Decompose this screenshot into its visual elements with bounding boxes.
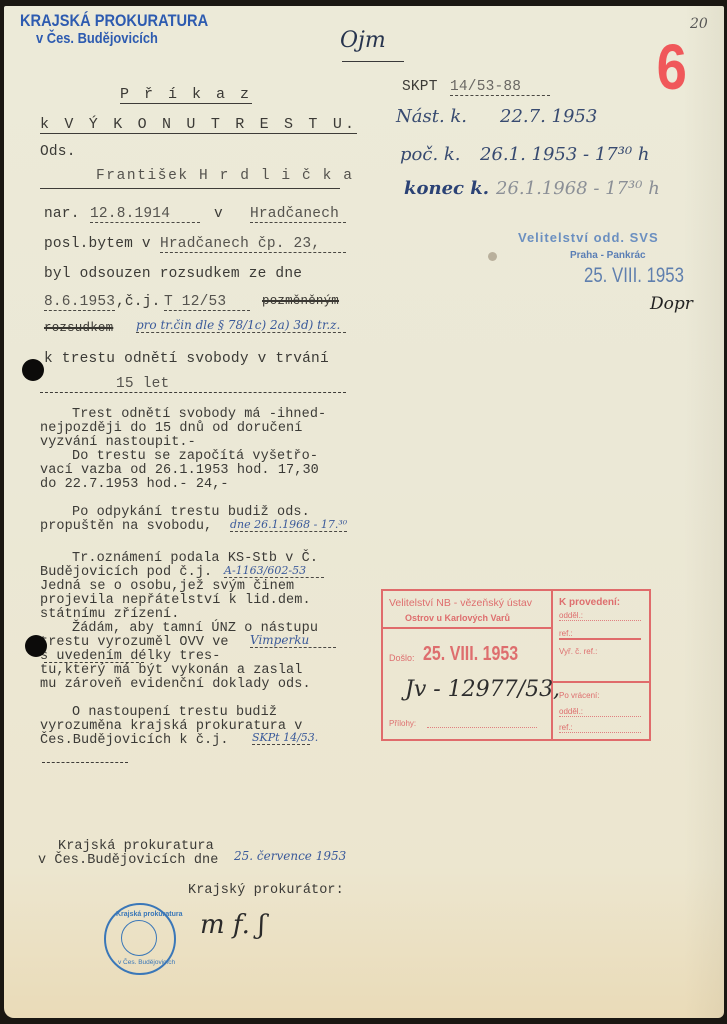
date-konec-value: 26.1.1968 - 17³⁰ h [496, 178, 660, 199]
red-stamp-row-3: Vyř. č. ref.: [559, 647, 597, 656]
prosecutor-signature: m f. ʃ [200, 910, 265, 940]
convicted-text: byl odsouzen rozsudkem ze dne [44, 266, 302, 282]
sentence-length: 15 let [116, 376, 169, 392]
p1-line1: Trest odnětí svobody má -ihned- [72, 408, 326, 421]
ods-label: Ods. [40, 144, 76, 160]
red-stamp-row-2: ref.: [559, 629, 641, 640]
p4-line4: projevila nepřátelství k lid.dem. [40, 594, 311, 607]
residence-value: Hradčanech čp. 23, [160, 236, 346, 253]
seal-text-top: Krajská prokuratura [116, 911, 183, 918]
red-stamp-row-5: Po vrácení: [559, 691, 599, 700]
stain-dot [488, 252, 497, 261]
born-label: nar. [44, 206, 80, 222]
p1-line2: nejpozději do 15 dnů od doručení [40, 422, 302, 435]
red-stamp-date: 25. VIII. 1953 [423, 643, 518, 666]
convict-name: František H r d l i č k a [96, 168, 354, 184]
p2-line3: do 22.7.1953 hod.- 24,- [40, 478, 229, 491]
p5-line4: tu,který má být vykonán a zaslal [40, 664, 302, 677]
prague-stamp-line2: Praha - Pankrác [570, 250, 646, 261]
prison-intake-stamp: Velitelství NB - vězeňský ústav Ostrov u… [381, 589, 651, 741]
seal-emblem-icon [121, 920, 157, 956]
red-stamp-ref-handwritten: Jv - 12977/53, [405, 677, 560, 702]
struck-word-modified: pozměněným [262, 294, 339, 308]
p2-line2: vací vazba od 26.1.1953 hod. 17,30 [40, 464, 319, 477]
page-number: 20 [690, 16, 708, 32]
footer-date-handwritten: 25. července 1953 [234, 849, 346, 863]
initials-underline [342, 61, 404, 62]
title-prikaz: P ř í k a z [120, 86, 252, 104]
signatory-title: Krajský prokurátor: [188, 884, 344, 897]
document-page: KRAJSKÁ PROKURATURA v Čes. Budějovicích … [4, 6, 724, 1018]
born-date: 12.8.1914 [90, 206, 200, 223]
file-ref-value: 14/53-88 [450, 79, 550, 96]
prosecutor-round-seal: Krajská prokuratura v Čes. Budějovicích [104, 903, 176, 975]
initials-signature: Ojm [340, 28, 386, 53]
prague-stamp-line1: Velitelství odd. SVS [518, 230, 659, 245]
p3-line2: propuštěn na svobodu, [40, 520, 212, 533]
p5-line2: trestu vyrozuměl OVV ve [40, 636, 229, 649]
sentence-text: k trestu odnětí svobody v trvání [44, 351, 329, 367]
p2-line1: Do trestu se započítá vyšetřo- [72, 450, 318, 463]
red-sequence-number: 6 [657, 30, 687, 104]
closing-rule [42, 762, 128, 763]
name-underline [40, 188, 340, 189]
residence-label: posl.bytem v [44, 236, 151, 252]
red-stamp-header-1: Velitelství NB - vězeňský ústav [389, 597, 532, 609]
footer-office: Krajská prokuratura [58, 840, 214, 853]
red-stamp-attachments-line [427, 727, 537, 728]
district-handwritten: Vimperku [250, 633, 336, 648]
cj-label: ,č.j. [116, 294, 161, 310]
red-stamp-right-panel: K provedení: odděl.: ref.: Vyř. č. ref.:… [553, 591, 649, 739]
prosecutor-ref-handwritten: SKPt 14/53. [252, 731, 310, 745]
file-ref-label: SKPT [402, 79, 438, 95]
date-poc-value: 26.1. 1953 - 17³⁰ h [480, 144, 650, 165]
punch-hole-top [22, 359, 44, 381]
red-stamp-header-2: Ostrov u Karlových Varů [405, 613, 510, 623]
p1-line3: vyzvání nastoupit.- [40, 436, 196, 449]
verdict-date: 8.6.1953 [44, 294, 115, 311]
red-stamp-row-7: ref.: [559, 723, 641, 733]
prague-stamp-signature: Dopr [650, 294, 693, 314]
stb-ref-handwritten: A-1163/602-53 [224, 564, 324, 578]
date-konec-label: konec k. [404, 178, 489, 199]
date-nast-value: 22.7. 1953 [500, 106, 597, 127]
p5-line3: s uvedením délky tres- [40, 650, 220, 663]
crime-paragraph-handwritten: pro tr.čin dle § 78/1c) 2a) 3d) tr.z. [136, 318, 346, 333]
born-in-label: v [214, 206, 223, 222]
p4-line3: Jedná se o osobu,jež svým činem [40, 580, 294, 593]
red-stamp-row-1: odděl.: [559, 611, 641, 621]
red-stamp-header: Velitelství NB - vězeňský ústav Ostrov u… [383, 591, 553, 629]
date-poc-label: poč. k. [400, 144, 461, 165]
release-date-handwritten: dne 26.1.1968 - 17.³⁰ [230, 518, 347, 532]
verdict-ref: T 12/53 [164, 294, 250, 311]
red-stamp-date-label: Došlo: [389, 653, 415, 663]
footer-place-date-label: v Čes.Budějovicích dne [38, 854, 218, 867]
born-place: Hradčanech [250, 206, 346, 223]
punch-hole-bottom [25, 635, 47, 657]
red-stamp-attachments-label: Přílohy: [389, 719, 416, 728]
seal-text-bottom: v Čes. Budějovicích [118, 959, 175, 966]
prosecutor-header-stamp-line2: v Čes. Budějovicích [36, 30, 158, 47]
red-stamp-right-header: K provedení: [559, 597, 620, 608]
struck-word-verdict: rozsudkem [44, 321, 113, 335]
prosecutor-header-stamp-line1: KRAJSKÁ PROKURATURA [20, 11, 208, 31]
p6-line1: O nastoupení trestu budiž [72, 706, 277, 719]
date-nast-label: Nást. k. [396, 106, 467, 127]
sentence-underline [40, 392, 346, 393]
p4-line2: Budějovicích pod č.j. [40, 566, 212, 579]
p4-line5: státnímu zřízení. [40, 608, 179, 621]
red-stamp-left-body: Došlo: 25. VIII. 1953 Jv - 12977/53, Pří… [383, 629, 553, 739]
red-stamp-row-6: odděl.: [559, 707, 641, 717]
red-stamp-divider [553, 681, 649, 683]
prague-stamp-date: 25. VIII. 1953 [584, 264, 684, 288]
title-vykonu-trestu: k V Ý K O N U T R E S T U. [40, 116, 357, 134]
p6-line3: Čes.Budějovicích k č.j. [40, 734, 229, 747]
p5-line5: mu zároveň evidenční doklady ods. [40, 678, 311, 691]
